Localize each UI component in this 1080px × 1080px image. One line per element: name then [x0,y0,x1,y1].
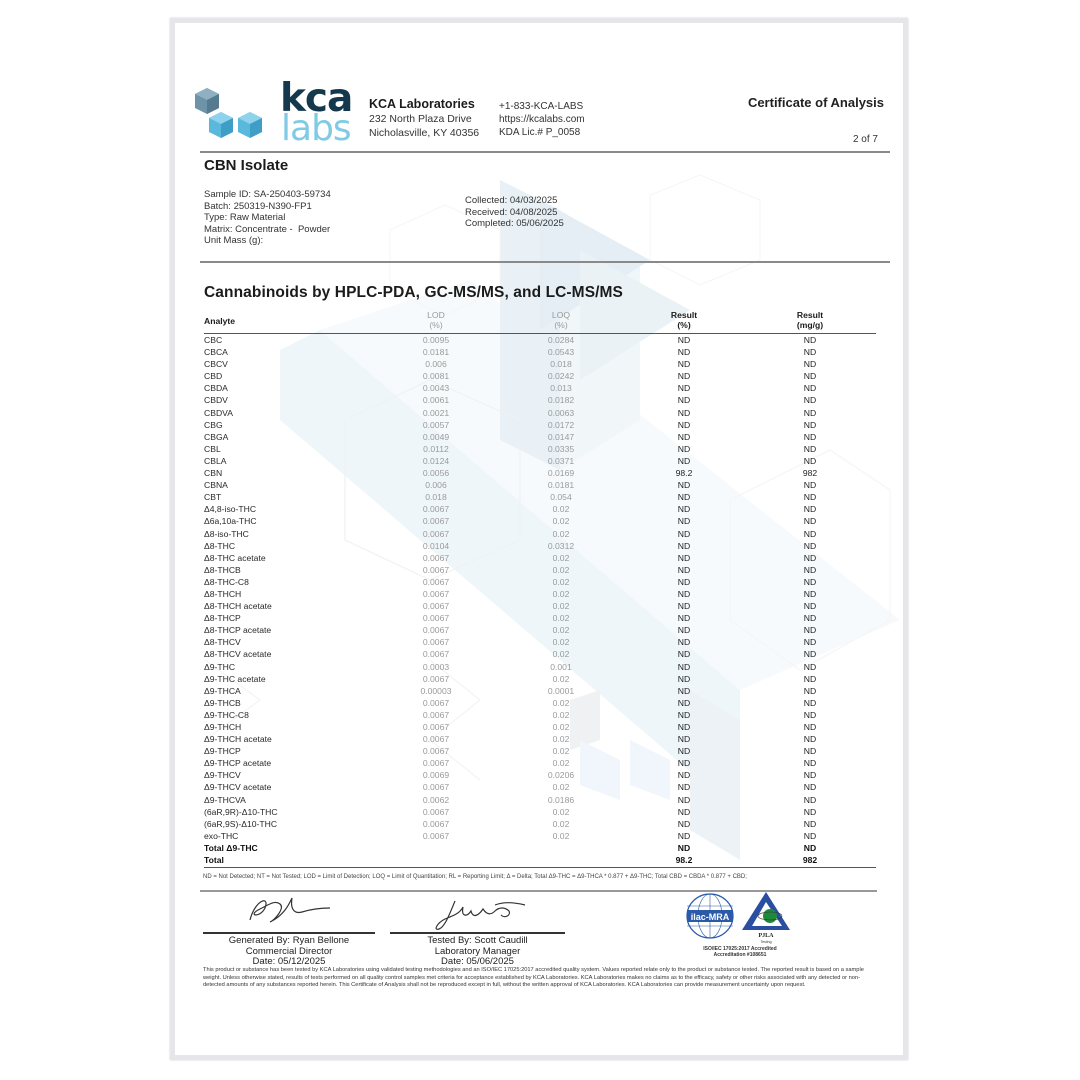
result-percent: ND [652,382,716,394]
lod-value: 0.0124 [404,455,468,467]
lod-value: 0.0081 [404,370,468,382]
result-percent: ND [652,830,716,842]
lod-value: 0.0061 [404,394,468,406]
analyte-name: Δ9-THCH [204,721,241,733]
table-row: CBCV0.0060.018NDND [204,358,876,370]
table-row: CBDA0.00430.013NDND [204,382,876,394]
result-percent: ND [652,443,716,455]
header-analyte: Analyte [204,316,235,326]
loq-value: 0.02 [529,733,593,745]
loq-value: 0.0371 [529,455,593,467]
table-body: CBC0.00950.0284NDNDCBCA0.01810.0543NDNDC… [204,334,876,866]
result-percent: ND [652,552,716,564]
result-percent: ND [652,503,716,515]
pjla-logo-icon: PJLA Testing [742,890,794,946]
loq-value: 0.02 [529,709,593,721]
result-mg: ND [778,709,842,721]
table-row: Δ9-THCP acetate0.00670.02NDND [204,757,876,769]
result-mg: ND [778,612,842,624]
company-contact: +1-833-KCA-LABS https://kcalabs.com KDA … [499,100,585,139]
signature-scott-caudill [425,893,545,933]
result-mg: ND [778,334,842,346]
result-percent: ND [652,721,716,733]
lod-value: 0.0067 [404,648,468,660]
loq-value: 0.02 [529,612,593,624]
kca-cubes-logo-icon [193,86,273,146]
result-mg: ND [778,540,842,552]
loq-value: 0.02 [529,818,593,830]
result-percent: ND [652,648,716,660]
analyte-name: Δ9-THCB [204,697,241,709]
table-row: Δ8-THCB0.00670.02NDND [204,564,876,576]
result-percent: ND [652,455,716,467]
table-row: CBL0.01120.0335NDND [204,443,876,455]
loq-value: 0.0543 [529,346,593,358]
table-row: (6aR,9S)-Δ10-THC0.00670.02NDND [204,818,876,830]
result-mg: ND [778,370,842,382]
loq-value: 0.001 [529,661,593,673]
address-line-2: Nicholasville, KY 40356 [369,126,479,140]
analyte-name: Δ6a,10a-THC [204,515,257,527]
lod-value: 0.0067 [404,528,468,540]
lod-value: 0.0067 [404,709,468,721]
result-percent: ND [652,370,716,382]
result-percent: ND [652,479,716,491]
loq-value: 0.0181 [529,479,593,491]
table-row: Δ8-THC-C80.00670.02NDND [204,576,876,588]
analyte-name: (6aR,9R)-Δ10-THC [204,806,278,818]
signer-generated-by: Generated By: Ryan Bellone Commercial Di… [203,936,375,968]
loq-value: 0.02 [529,745,593,757]
analyte-name: CBG [204,419,223,431]
analyte-name: (6aR,9S)-Δ10-THC [204,818,277,830]
loq-value: 0.0169 [529,467,593,479]
result-mg: ND [778,781,842,793]
signature-ryan-bellone [230,890,350,930]
table-row: Δ8-THCP acetate0.00670.02NDND [204,624,876,636]
result-mg: ND [778,455,842,467]
result-percent: ND [652,745,716,757]
lod-value: 0.006 [404,479,468,491]
result-percent: 98.2 [652,467,716,479]
header-result-mg: Result(mg/g) [778,310,842,330]
received-date: Received: 04/08/2025 [465,207,564,219]
analyte-name: CBCA [204,346,228,358]
table-row: Δ9-THCV0.00690.0206NDND [204,769,876,781]
table-row: (6aR,9R)-Δ10-THC0.00670.02NDND [204,806,876,818]
result-percent: ND [652,346,716,358]
result-percent: ND [652,781,716,793]
cannabinoid-table: Analyte LOD(%) LOQ(%) Result(%) Result(m… [204,309,876,868]
lod-value: 0.0049 [404,431,468,443]
result-mg: 982 [778,467,842,479]
result-percent: ND [652,600,716,612]
svg-text:ilac-MRA: ilac-MRA [691,912,730,922]
document-title: Certificate of Analysis [700,95,884,110]
result-percent: ND [652,842,716,854]
accreditation-text: ISO/IEC 17025:2017 Accredited Accreditat… [680,946,800,958]
table-header: Analyte LOD(%) LOQ(%) Result(%) Result(m… [204,309,876,334]
loq-value: 0.0182 [529,394,593,406]
license-number: KDA Lic.# P_0058 [499,126,585,139]
signer-tested-by: Tested By: Scott Caudill Laboratory Mana… [390,936,565,968]
result-mg: ND [778,346,842,358]
sample-type: Type: Raw Material [204,212,331,224]
result-mg: ND [778,552,842,564]
analyte-name: CBDVA [204,407,233,419]
page-indicator: 2 of 7 [780,134,878,145]
result-percent: ND [652,358,716,370]
result-percent: ND [652,576,716,588]
table-row: Δ9-THCA0.000030.0001NDND [204,685,876,697]
loq-value: 0.0284 [529,334,593,346]
analyte-name: Δ9-THC-C8 [204,709,249,721]
loq-value: 0.02 [529,564,593,576]
analyte-name: Δ9-THCP acetate [204,757,271,769]
loq-value: 0.0001 [529,685,593,697]
result-percent: ND [652,794,716,806]
company-address: KCA Laboratories 232 North Plaza Drive N… [369,97,479,140]
result-mg: ND [778,588,842,600]
result-mg: ND [778,661,842,673]
analyte-name: CBGA [204,431,228,443]
table-row: Δ8-THCV acetate0.00670.02NDND [204,648,876,660]
result-mg: ND [778,842,842,854]
lod-value: 0.0067 [404,830,468,842]
result-mg: ND [778,503,842,515]
table-row: Δ9-THC0.00030.001NDND [204,661,876,673]
table-row: CBDVA0.00210.0063NDND [204,407,876,419]
table-total-row: Total Δ9-THCNDND [204,842,876,854]
loq-value: 0.02 [529,757,593,769]
lod-value: 0.0069 [404,769,468,781]
svg-text:Testing: Testing [760,940,771,944]
loq-value: 0.0147 [529,431,593,443]
lod-value: 0.0057 [404,419,468,431]
result-mg: ND [778,479,842,491]
matrix: Matrix: Concentrate - Powder [204,224,331,236]
table-row: Δ8-THC acetate0.00670.02NDND [204,552,876,564]
result-mg: ND [778,697,842,709]
lod-value: 0.006 [404,358,468,370]
analyte-name: Δ9-THC [204,661,235,673]
table-row: Δ8-THCH0.00670.02NDND [204,588,876,600]
lod-value: 0.0095 [404,334,468,346]
result-mg: ND [778,818,842,830]
table-row: CBDV0.00610.0182NDND [204,394,876,406]
lod-value: 0.0067 [404,757,468,769]
loq-value: 0.02 [529,673,593,685]
loq-value: 0.0172 [529,419,593,431]
table-row: Δ9-THCH acetate0.00670.02NDND [204,733,876,745]
result-mg: ND [778,600,842,612]
result-percent: ND [652,407,716,419]
loq-value: 0.0242 [529,370,593,382]
collected-date: Collected: 04/03/2025 [465,195,564,207]
loq-value: 0.02 [529,552,593,564]
result-percent: ND [652,806,716,818]
loq-value: 0.018 [529,358,593,370]
batch: Batch: 250319-N390-FP1 [204,201,331,213]
website-link[interactable]: https://kcalabs.com [499,113,585,126]
header-divider [200,151,890,153]
table-row: Δ9-THC-C80.00670.02NDND [204,709,876,721]
analyte-name: Δ8-THC [204,540,235,552]
analyte-name: CBL [204,443,221,455]
table-row: Δ9-THCVA0.00620.0186NDND [204,794,876,806]
lod-value: 0.0067 [404,503,468,515]
result-percent: ND [652,661,716,673]
analyte-name: Δ8-THCH acetate [204,600,272,612]
loq-value: 0.02 [529,781,593,793]
table-row: Δ9-THCP0.00670.02NDND [204,745,876,757]
result-percent: ND [652,685,716,697]
loq-value: 0.02 [529,648,593,660]
lod-value: 0.0067 [404,781,468,793]
lod-value: 0.0067 [404,588,468,600]
result-mg: 982 [778,854,842,866]
analyte-name: Δ8-THCV acetate [204,648,271,660]
result-percent: ND [652,540,716,552]
result-mg: ND [778,576,842,588]
result-percent: ND [652,636,716,648]
table-row: Δ8-THCV0.00670.02NDND [204,636,876,648]
analyte-name: Δ9-THCVA [204,794,246,806]
lod-value: 0.0067 [404,721,468,733]
result-percent: ND [652,431,716,443]
result-mg: ND [778,564,842,576]
result-mg: ND [778,757,842,769]
table-row: CBLA0.01240.0371NDND [204,455,876,467]
result-mg: ND [778,685,842,697]
analyte-name: Δ9-THCV acetate [204,781,271,793]
table-total-row: Total98.2982 [204,854,876,866]
result-mg: ND [778,358,842,370]
table-row: Δ9-THC acetate0.00670.02NDND [204,673,876,685]
loq-value: 0.02 [529,697,593,709]
table-row: Δ8-iso-THC0.00670.02NDND [204,528,876,540]
analyte-name: CBDV [204,394,228,406]
lod-value: 0.0067 [404,576,468,588]
lod-value: 0.0067 [404,600,468,612]
analyte-name: CBCV [204,358,228,370]
result-mg: ND [778,382,842,394]
lod-value: 0.0067 [404,818,468,830]
analyte-name: Δ8-THC acetate [204,552,266,564]
lod-value: 0.0067 [404,564,468,576]
lod-value: 0.0067 [404,612,468,624]
lod-value: 0.0056 [404,467,468,479]
analyte-name: Δ8-THCV [204,636,241,648]
loq-value: 0.02 [529,636,593,648]
analyte-name: CBLA [204,455,226,467]
result-percent: ND [652,588,716,600]
loq-value: 0.013 [529,382,593,394]
loq-value: 0.02 [529,806,593,818]
lod-value: 0.0067 [404,745,468,757]
lod-value: 0.0067 [404,673,468,685]
result-mg: ND [778,394,842,406]
table-row: CBD0.00810.0242NDND [204,370,876,382]
table-row: exo-THC0.00670.02NDND [204,830,876,842]
sample-details: Sample ID: SA-250403-59734 Batch: 250319… [204,189,331,247]
section-title: Cannabinoids by HPLC-PDA, GC-MS/MS, and … [204,284,623,302]
table-row: CBG0.00570.0172NDND [204,419,876,431]
loq-value: 0.02 [529,576,593,588]
analyte-name: CBT [204,491,221,503]
loq-value: 0.02 [529,528,593,540]
analyte-name: Δ9-THCV [204,769,241,781]
analyte-name: Δ8-THCH [204,588,241,600]
table-row: CBC0.00950.0284NDND [204,334,876,346]
table-row: Δ9-THCH0.00670.02NDND [204,721,876,733]
analyte-name: Δ8-iso-THC [204,528,249,540]
lod-value: 0.0021 [404,407,468,419]
header-lod: LOD(%) [404,310,468,330]
lod-value: 0.0043 [404,382,468,394]
ilac-mra-logo-icon: ilac-MRA [684,892,740,944]
analyte-name: Δ9-THC acetate [204,673,266,685]
header-result-percent: Result(%) [652,310,716,330]
analyte-name: Total [204,854,224,866]
lod-value: 0.0104 [404,540,468,552]
result-mg: ND [778,443,842,455]
table-row: Δ4,8-iso-THC0.00670.02NDND [204,503,876,515]
table-row: CBGA0.00490.0147NDND [204,431,876,443]
result-mg: ND [778,745,842,757]
analyte-name: CBD [204,370,222,382]
abbreviation-legend: ND = Not Detected; NT = Not Tested; LOD … [203,874,883,880]
analyte-name: Δ8-THCP [204,612,241,624]
table-row: Δ9-THCV acetate0.00670.02NDND [204,781,876,793]
loq-value: 0.02 [529,515,593,527]
loq-value: 0.0063 [529,407,593,419]
result-percent: ND [652,697,716,709]
phone: +1-833-KCA-LABS [499,100,585,113]
signature-line-2 [390,932,565,934]
table-row: CBCA0.01810.0543NDND [204,346,876,358]
loq-value: 0.02 [529,830,593,842]
analyte-name: exo-THC [204,830,238,842]
result-mg: ND [778,830,842,842]
loq-value: 0.02 [529,721,593,733]
loq-value: 0.0312 [529,540,593,552]
lod-value: 0.0003 [404,661,468,673]
result-percent: ND [652,334,716,346]
loq-value: 0.02 [529,588,593,600]
analyte-name: CBDA [204,382,228,394]
loq-value: 0.02 [529,600,593,612]
lod-value: 0.0067 [404,733,468,745]
lod-value: 0.0067 [404,624,468,636]
result-percent: ND [652,624,716,636]
lod-value: 0.00003 [404,685,468,697]
completed-date: Completed: 05/06/2025 [465,218,564,230]
analyte-name: CBNA [204,479,228,491]
loq-value: 0.0335 [529,443,593,455]
result-percent: ND [652,733,716,745]
analyte-name: Δ9-THCA [204,685,241,697]
result-mg: ND [778,528,842,540]
result-percent: 98.2 [652,854,716,866]
result-percent: ND [652,564,716,576]
signature-line-1 [203,932,375,934]
result-mg: ND [778,515,842,527]
result-mg: ND [778,648,842,660]
result-percent: ND [652,491,716,503]
result-mg: ND [778,407,842,419]
address-line-1: 232 North Plaza Drive [369,112,479,126]
result-percent: ND [652,515,716,527]
loq-value: 0.054 [529,491,593,503]
table-row: Δ8-THC0.01040.0312NDND [204,540,876,552]
lod-value: 0.0067 [404,515,468,527]
result-percent: ND [652,673,716,685]
result-mg: ND [778,733,842,745]
lod-value: 0.0181 [404,346,468,358]
loq-value: 0.0206 [529,769,593,781]
table-row: Δ8-THCP0.00670.02NDND [204,612,876,624]
loq-value: 0.02 [529,624,593,636]
lod-value: 0.0067 [404,697,468,709]
disclaimer: This product or substance has been teste… [203,967,875,990]
result-mg: ND [778,673,842,685]
table-row: CBT0.0180.054NDND [204,491,876,503]
loq-value: 0.02 [529,503,593,515]
lod-value: 0.018 [404,491,468,503]
result-mg: ND [778,636,842,648]
table-row: Δ9-THCB0.00670.02NDND [204,697,876,709]
result-mg: ND [778,721,842,733]
unit-mass: Unit Mass (g): [204,235,331,247]
result-percent: ND [652,394,716,406]
result-mg: ND [778,624,842,636]
sample-dates: Collected: 04/03/2025 Received: 04/08/20… [465,195,564,230]
result-mg: ND [778,806,842,818]
result-mg: ND [778,794,842,806]
analyte-name: Δ8-THC-C8 [204,576,249,588]
table-row: Δ6a,10a-THC0.00670.02NDND [204,515,876,527]
lod-value: 0.0067 [404,552,468,564]
lod-value: 0.0067 [404,806,468,818]
analyte-name: CBN [204,467,222,479]
table-row: CBN0.00560.016998.2982 [204,467,876,479]
result-percent: ND [652,709,716,721]
result-percent: ND [652,612,716,624]
lod-value: 0.0067 [404,636,468,648]
sample-divider [200,261,890,263]
result-percent: ND [652,769,716,781]
analyte-name: Δ8-THCB [204,564,241,576]
analyte-name: Δ4,8-iso-THC [204,503,256,515]
analyte-name: Δ9-THCH acetate [204,733,272,745]
lod-value: 0.0112 [404,443,468,455]
sample-id: Sample ID: SA-250403-59734 [204,189,331,201]
sample-title: CBN Isolate [204,157,288,174]
result-percent: ND [652,419,716,431]
svg-text:PJLA: PJLA [759,933,775,939]
logo-labs-text: labs [281,111,351,147]
result-percent: ND [652,528,716,540]
loq-value: 0.0186 [529,794,593,806]
table-row: CBNA0.0060.0181NDND [204,479,876,491]
result-mg: ND [778,769,842,781]
analyte-name: CBC [204,334,222,346]
result-percent: ND [652,818,716,830]
analyte-name: Δ8-THCP acetate [204,624,271,636]
analyte-name: Total Δ9-THC [204,842,258,854]
result-mg: ND [778,491,842,503]
